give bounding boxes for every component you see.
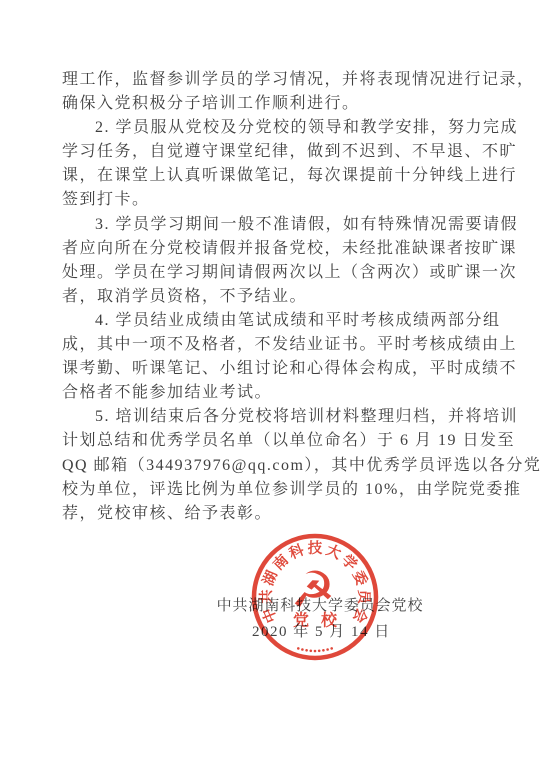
seal-serial-dot <box>314 650 317 653</box>
seal-serial-dot <box>330 647 333 650</box>
body-text-line: 者应向所在分党校请假并报备党校，未经批准缺课者按旷课 <box>62 237 486 261</box>
seal-arc-char: 技 <box>307 540 323 557</box>
body-text-line: 者，取消学员资格，不予结业。 <box>62 285 486 309</box>
body-text-line: 确保入党积极分子培训工作顺利进行。 <box>62 92 486 116</box>
body-text-line: 校为单位，评选比例为单位参训学员的 10%，由学院党委推 <box>62 478 486 502</box>
seal-arc-char: 共 <box>258 589 275 604</box>
body-text-line: 3. 学员学习期间一般不准请假，如有特殊情况需要请假 <box>62 213 486 237</box>
body-text-line: 4. 学员结业成绩由笔试成绩和平时考核成绩两部分组 <box>62 309 486 333</box>
body-text-line: 课考勤、听课笔记、小组讨论和心得体会构成，平时成绩不 <box>62 357 486 381</box>
body-text-line: 课，在课堂上认真听课做笔记，每次课提前十分钟线上进行 <box>62 164 486 188</box>
body-text-line: 学习任务，自觉遵守课堂纪律，做到不迟到、不早退、不旷 <box>62 140 486 164</box>
seal-serial-dot <box>322 649 325 652</box>
body-text-line: 合格者不能参加结业考试。 <box>62 381 486 405</box>
seal-arc-char: 中 <box>259 605 280 625</box>
seal-serial-dot <box>301 648 304 651</box>
seal-arc-char: 员 <box>355 589 372 605</box>
body-text-line: 荐，党校审核、给予表彰。 <box>62 502 486 526</box>
seal-serial-dot <box>297 647 300 650</box>
seal-serial-dot <box>326 648 329 651</box>
body-text-line: 签到打卡。 <box>62 188 486 212</box>
body-text-line: 2. 学员服从党校及分党校的领导和教学安排，努力完成 <box>62 116 486 140</box>
document-body: 理工作，监督参训学员的学习情况，并将表现情况进行记录，确保入党积极分子培训工作顺… <box>62 68 486 526</box>
body-text-line: 成，其中一项不及格者，不发结业证书。平时考核成绩由上 <box>62 333 486 357</box>
body-text-line: 5. 培训结束后各分党校将培训材料整理归档，并将培训 <box>62 405 486 429</box>
seal-serial-dot <box>310 650 313 653</box>
body-text-line: 处理。学员在学习期间请假两次以上（含两次）或旷课一次 <box>62 261 486 285</box>
seal-serial-dot <box>305 649 308 652</box>
hammer-sickle-icon: ☭ <box>291 562 336 618</box>
seal-center-label: 党 校 <box>293 611 341 630</box>
body-text-line: 计划总结和优秀学员名单（以单位命名）于 6 月 19 日发至 <box>62 429 486 453</box>
official-seal: 中共湖南科技大学委员会☭党 校 <box>248 531 384 667</box>
body-text-line: QQ 邮箱（344937976@qq.com），其中优秀学员评选以各分党 <box>62 454 486 478</box>
seal-serial-dot <box>318 650 321 653</box>
official-seal-svg: 中共湖南科技大学委员会☭党 校 <box>248 531 384 667</box>
body-text-line: 理工作，监督参训学员的学习情况，并将表现情况进行记录， <box>62 68 486 92</box>
document-page: 理工作，监督参训学员的学习情况，并将表现情况进行记录，确保入党积极分子培训工作顺… <box>0 0 544 768</box>
